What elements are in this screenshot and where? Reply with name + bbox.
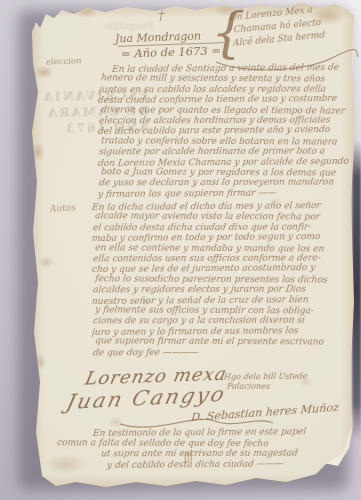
body-block-3: En testimonio de lo qual lo firme en est… bbox=[55, 428, 340, 470]
manuscript-line: de que doy fee ———— bbox=[92, 347, 351, 358]
right-corner-note: Dn Lorenzo Mex aChamana hó electoAlcê de… bbox=[229, 4, 326, 51]
manuscript-line: ut supra ante mi escrivano de su magesta… bbox=[100, 449, 341, 460]
body-block-2: En la dicha ciudad el dicho dia mes y añ… bbox=[92, 202, 350, 358]
body-block-1: En la ciudad de Santiago a veinte dias d… bbox=[98, 64, 350, 199]
signature-side-note: Hgo dela bill UstedePalaciones bbox=[224, 372, 334, 392]
cross-rubric: † bbox=[158, 9, 165, 24]
manuscript-line: que supieron firmar ante mi el presente … bbox=[95, 337, 351, 349]
manuscript-photo: Esequitillo ESCRIVANIADE CAMARAAÑO 1673 … bbox=[0, 0, 361, 500]
margin-note-autos: Autos bbox=[50, 203, 76, 214]
margin-note-eleccion: eleccion bbox=[46, 56, 82, 67]
manuscript-line: y del cabildo desta dicha ciudad ——— bbox=[106, 458, 340, 471]
signature-side-note-line: Palaciones bbox=[227, 382, 335, 393]
manuscript-line: y firmaron los que supieron firmar —— bbox=[97, 188, 350, 201]
ink-layer: Esequitillo ESCRIVANIADE CAMARAAÑO 1673 … bbox=[0, 0, 361, 500]
